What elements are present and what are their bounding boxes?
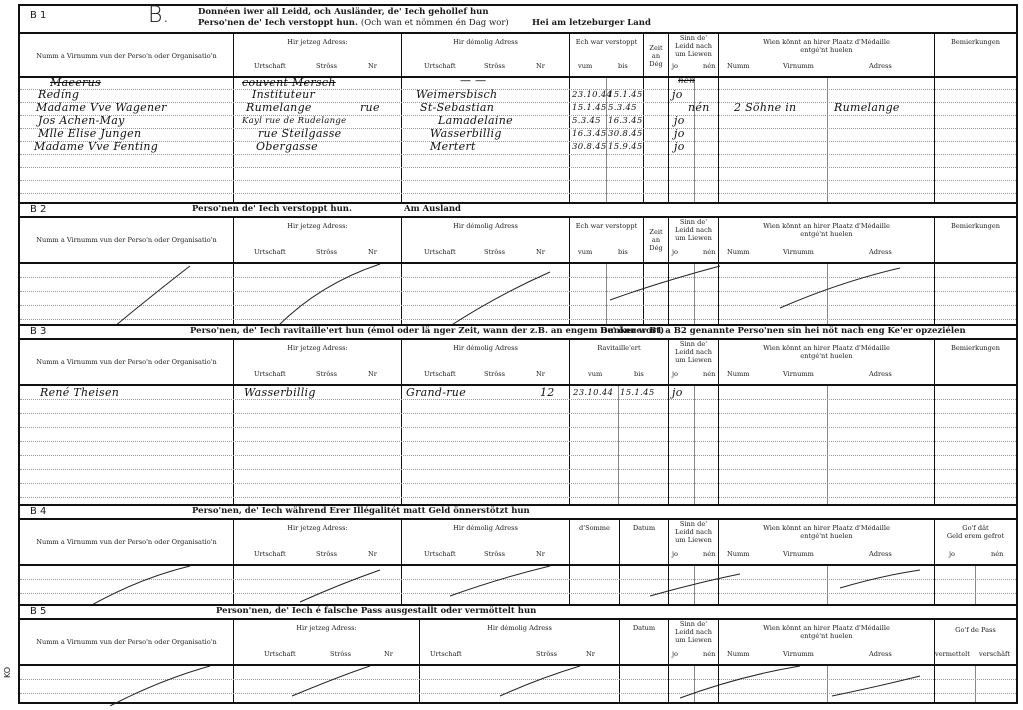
- header-remarks: Bemierkungen: [935, 344, 1016, 352]
- header-address: Adress: [869, 370, 892, 378]
- row-name: Jos Achen-May: [38, 114, 125, 127]
- header-period: Ravitaille'ert: [570, 344, 668, 352]
- header-firstname: Virnumm: [783, 550, 814, 558]
- row-to: 15.1.45: [620, 388, 655, 398]
- header-medal-2: entgé'nt huelen: [719, 46, 934, 54]
- section-title: Perso'nen, de' Iech ravitaille'ert hun (…: [190, 326, 664, 336]
- header-sum: d'Somme: [570, 524, 619, 532]
- row-name: Madame Vve Wagener: [36, 101, 167, 114]
- column-headers: Numm a Virnumm vun der Perso'n oder Orga…: [20, 32, 1016, 78]
- header-locality: Urtschaft: [430, 650, 462, 658]
- form-page: B 1 B. Donnéen iwer all Leidd, och Auslä…: [18, 4, 1018, 706]
- column-headers: Numm a Virnumm vun der Perso'n oder Orga…: [20, 618, 1016, 666]
- header-firstname: Virnumm: [783, 650, 814, 658]
- row-no: nén: [678, 76, 695, 86]
- row-former-number: 12: [540, 386, 555, 399]
- header-days: Zeit: [644, 44, 668, 52]
- cancel-strokes: [20, 566, 1020, 606]
- row-name: Madame Vve Fenting: [34, 140, 158, 153]
- header-alive-3: um Liewen: [669, 536, 718, 544]
- header-date: Datum: [620, 524, 668, 532]
- header-yes: jo: [672, 370, 678, 378]
- header-pass: Go'f de Pass: [935, 626, 1016, 634]
- row-to: 16.3.45: [608, 116, 643, 126]
- header-street: Strôss: [316, 62, 337, 70]
- header-street: Strôss: [316, 550, 337, 558]
- header-alive-2: Leidd nach: [669, 628, 718, 636]
- row-former-locality: Lamadelaine: [438, 114, 513, 127]
- row-former-locality: Wasserbillig: [430, 127, 502, 140]
- header-date: Datum: [620, 624, 668, 632]
- header-current-address: Hir jetzeg Adress:: [234, 344, 401, 352]
- header-number: Nr: [368, 62, 377, 70]
- row-former-locality: Weimersbisch: [416, 88, 497, 101]
- row-yes: jo: [672, 88, 683, 101]
- row-medal-address: Rumelange: [834, 101, 900, 114]
- header-surname: Numm: [727, 550, 750, 558]
- cancel-strokes: [20, 666, 1020, 706]
- header-number: Nr: [536, 370, 545, 378]
- row-current-locality: Obergasse: [256, 140, 318, 153]
- section-b4: B 4 Perso'nen, de' Iech während Erer Ill…: [18, 504, 1018, 604]
- big-letter: B.: [148, 3, 169, 28]
- header-surname: Numm: [727, 650, 750, 658]
- section-id: B 5: [30, 606, 46, 617]
- header-days-2: an: [644, 236, 668, 244]
- header-locality: Urtschaft: [254, 248, 286, 256]
- section-title: Perso'nen, de' Iech während Erer Illégal…: [192, 506, 530, 516]
- header-address: Adress: [869, 650, 892, 658]
- header-name: Numm a Virnumm vun der Perso'n oder Orga…: [20, 52, 233, 60]
- header-alive-2: Leidd nach: [669, 348, 718, 356]
- header-street: Strôss: [316, 248, 337, 256]
- header-days-3: Dég: [644, 244, 668, 252]
- section-id: B 1: [30, 10, 46, 21]
- section-id: B 3: [30, 326, 46, 337]
- header-medal: Wien könnt an hirer Plaatz d'Médaille: [719, 344, 934, 352]
- header-name: Numm a Virnumm vun der Perso'n oder Orga…: [20, 236, 233, 244]
- header-medal-2: entgé'nt huelen: [719, 532, 934, 540]
- section-b1: B 1 B. Donnéen iwer all Leidd, och Auslä…: [18, 4, 1018, 202]
- header-days-2: an: [644, 52, 668, 60]
- header-number: Nr: [536, 550, 545, 558]
- header-locality: Urtschaft: [254, 62, 286, 70]
- header-from: vum: [588, 370, 602, 378]
- header-alive-3: um Liewen: [669, 356, 718, 364]
- row-from: 16.3.45: [572, 129, 607, 139]
- header-name: Numm a Virnumm vun der Perso'n oder Orga…: [20, 638, 233, 646]
- row-to: 5.3.45: [608, 103, 637, 113]
- header-street: Strôss: [536, 650, 557, 658]
- section-b5-body: [20, 666, 1016, 702]
- header-address: Adress: [869, 550, 892, 558]
- header-medal: Wien könnt an hirer Plaatz d'Médaille: [719, 624, 934, 632]
- header-name: Numm a Virnumm vun der Perso'n oder Orga…: [20, 538, 233, 546]
- header-gave-money: Go'f dât: [935, 524, 1016, 532]
- header-locality: Urtschaft: [254, 370, 286, 378]
- header-street: Strôss: [484, 248, 505, 256]
- header-to: bis: [634, 370, 644, 378]
- row-current-locality: Instituteur: [252, 88, 315, 101]
- row-current-locality: Wasserbillig: [244, 386, 316, 399]
- header-locality: Urtschaft: [424, 550, 456, 558]
- row-name: René Theisen: [40, 386, 119, 399]
- column-headers: Numm a Virnumm vun der Perso'n oder Orga…: [20, 216, 1016, 264]
- header-number: Nr: [368, 248, 377, 256]
- header-firstname: Virnumm: [783, 248, 814, 256]
- section-note: De' önner B1 a B2 genannte Perso'nen sin…: [600, 326, 966, 336]
- section-subtitle: Perso'nen de' Iech verstoppt hun. (Och w…: [198, 18, 509, 28]
- header-alive-3: um Liewen: [669, 50, 718, 58]
- header-former-address: Hir démolig Adress: [402, 222, 569, 230]
- header-surname: Numm: [727, 248, 750, 256]
- row-no: nén: [688, 101, 710, 114]
- header-street: Strôss: [330, 650, 351, 658]
- header-yes: jo: [672, 248, 678, 256]
- header-street: Strôss: [484, 370, 505, 378]
- cancel-strokes: [20, 264, 1020, 326]
- header-period: Ech war verstoppt: [570, 222, 643, 230]
- header-former-address: Hir démolig Adress: [402, 38, 569, 46]
- header-alive: Sinn de': [669, 340, 718, 348]
- header-address: Adress: [869, 248, 892, 256]
- section-b3-body: René Theisen Wasserbillig Grand-rue 12 2…: [20, 386, 1016, 504]
- header-number: Nr: [368, 550, 377, 558]
- header-firstname: Virnumm: [783, 62, 814, 70]
- header-alive-3: um Liewen: [669, 636, 718, 644]
- header-surname: Numm: [727, 62, 750, 70]
- header-days-3: Dég: [644, 60, 668, 68]
- header-surname: Numm: [727, 370, 750, 378]
- header-number: Nr: [384, 650, 393, 658]
- row-yes: jo: [674, 114, 685, 127]
- header-mediated: vermettelt: [935, 650, 970, 658]
- row-name: Mlle Elise Jungen: [38, 127, 141, 140]
- header-number: Nr: [536, 248, 545, 256]
- header-former-address: Hir démolig Adress: [402, 524, 569, 532]
- row-to: 15.9.45: [608, 142, 643, 152]
- row-current-street: rue: [360, 101, 380, 114]
- header-alive: Sinn de': [669, 620, 718, 628]
- row-from: 30.8.45: [572, 142, 607, 152]
- header-medal-2: entgé'nt huelen: [719, 352, 934, 360]
- header-name: Numm a Virnumm vun der Perso'n oder Orga…: [20, 358, 233, 366]
- header-no: nén: [703, 370, 715, 378]
- section-b2-body: [20, 264, 1016, 324]
- header-number: Nr: [536, 62, 545, 70]
- row-from: 5.3.45: [572, 116, 601, 126]
- header-to: bis: [618, 62, 628, 70]
- header-locality: Urtschaft: [424, 62, 456, 70]
- header-alive-2: Leidd nach: [669, 528, 718, 536]
- header-locality: Urtschaft: [264, 650, 296, 658]
- header-locality: Urtschaft: [254, 550, 286, 558]
- header-alive-2: Leidd nach: [669, 42, 718, 50]
- header-gave-money-2: Geld erem gefrot: [935, 532, 1016, 540]
- header-medal-2: entgé'nt huelen: [719, 230, 934, 238]
- header-period: Ech war verstoppt: [570, 38, 643, 46]
- row-former-street: Grand-rue: [406, 386, 466, 399]
- header-number: Nr: [586, 650, 595, 658]
- row-former-locality: — —: [460, 74, 486, 87]
- header-yes: jo: [672, 650, 678, 658]
- section-b5: B 5 Person'nen, de' Iech é falsche Pass …: [18, 604, 1018, 704]
- header-yes: jo: [672, 62, 678, 70]
- column-headers: Numm a Virnumm vun der Perso'n oder Orga…: [20, 338, 1016, 386]
- header-alive-2: Leidd nach: [669, 226, 718, 234]
- row-current-locality: Rumelange: [246, 101, 312, 114]
- header-remarks: Bemierkungen: [935, 38, 1016, 46]
- header-medal: Wien könnt an hirer Plaatz d'Médaille: [719, 38, 934, 46]
- header-street: Strôss: [316, 370, 337, 378]
- header-remarks: Bemierkungen: [935, 222, 1016, 230]
- header-medal: Wien könnt an hirer Plaatz d'Médaille: [719, 222, 934, 230]
- header-from: vum: [578, 62, 592, 70]
- header-medal-2: entgé'nt huelen: [719, 632, 934, 640]
- header-current-address: Hir jetzeg Adress:: [234, 624, 419, 632]
- header-locality: Urtschaft: [424, 370, 456, 378]
- header-alive: Sinn de': [669, 218, 718, 226]
- header-yes: jo: [949, 550, 955, 558]
- header-no: nén: [991, 550, 1003, 558]
- section-b1-title-bar: B 1 B. Donnéen iwer all Leidd, och Auslä…: [20, 6, 1016, 34]
- row-medal-name: 2 Söhne in: [734, 101, 796, 114]
- header-no: nén: [703, 650, 715, 658]
- section-location: Hei am letzeburger Land: [532, 18, 651, 28]
- row-name: Redíng: [38, 88, 79, 101]
- header-current-address: Hir jetzeg Adress:: [234, 222, 401, 230]
- header-number: Nr: [368, 370, 377, 378]
- section-b2: B 2 Perso'nen de' Iech verstoppt hun. Am…: [18, 202, 1018, 324]
- row-yes: jo: [674, 140, 685, 153]
- header-alive: Sinn de': [669, 520, 718, 528]
- header-to: bis: [618, 248, 628, 256]
- header-street: Strôss: [484, 62, 505, 70]
- header-former-address: Hir démolig Adress: [402, 344, 569, 352]
- header-street: Strôss: [484, 550, 505, 558]
- section-id: B 4: [30, 506, 46, 517]
- header-no: nén: [703, 248, 715, 256]
- header-current-address: Hir jetzeg Adress:: [234, 524, 401, 532]
- section-title: Perso'nen de' Iech verstoppt hun.: [192, 204, 352, 214]
- header-yes: jo: [672, 550, 678, 558]
- row-from: 23.10.44: [573, 388, 613, 398]
- row-former-locality: St-Sebastian: [420, 101, 494, 114]
- header-procured: verschâft: [979, 650, 1010, 658]
- column-headers: Numm a Virnumm vun der Perso'n oder Orga…: [20, 518, 1016, 566]
- header-alive-3: um Liewen: [669, 234, 718, 242]
- header-medal: Wien könnt an hirer Plaatz d'Médaille: [719, 524, 934, 532]
- section-title: Donnéen iwer all Leidd, och Ausländer, d…: [198, 7, 489, 17]
- header-former-address: Hir démolig Adress: [420, 624, 619, 632]
- row-to: 30.8.45: [608, 129, 643, 139]
- section-title: Person'nen, de' Iech é falsche Pass ausg…: [216, 606, 536, 616]
- row-yes: jo: [674, 127, 685, 140]
- header-alive: Sinn de': [669, 34, 718, 42]
- row-to: 15.1.45: [608, 90, 643, 100]
- section-location: Am Ausland: [404, 204, 461, 214]
- row-from: 15.1.45: [572, 103, 607, 113]
- header-current-address: Hir jetzeg Adress:: [234, 38, 401, 46]
- header-firstname: Virnumm: [783, 370, 814, 378]
- section-b3: B 3 Perso'nen, de' Iech ravitaille'ert h…: [18, 324, 1018, 504]
- section-b1-body: Maeerus couvent Mersch — — nén Redíng In…: [20, 78, 1016, 202]
- row-yes: jo: [672, 386, 683, 399]
- header-days: Zeit: [644, 228, 668, 236]
- header-from: vum: [578, 248, 592, 256]
- header-locality: Urtschaft: [424, 248, 456, 256]
- row-former-locality: Mertert: [430, 140, 476, 153]
- row-current-locality: Kayl rue de Rudelange: [242, 116, 346, 126]
- row-from: 23.10.44: [572, 90, 612, 100]
- header-no: nén: [703, 62, 715, 70]
- margin-note: KO: [3, 667, 12, 678]
- section-id: B 2: [30, 204, 46, 215]
- section-b4-body: [20, 566, 1016, 604]
- row-current-locality: rue Steilgasse: [258, 127, 341, 140]
- header-no: nén: [703, 550, 715, 558]
- header-address: Adress: [869, 62, 892, 70]
